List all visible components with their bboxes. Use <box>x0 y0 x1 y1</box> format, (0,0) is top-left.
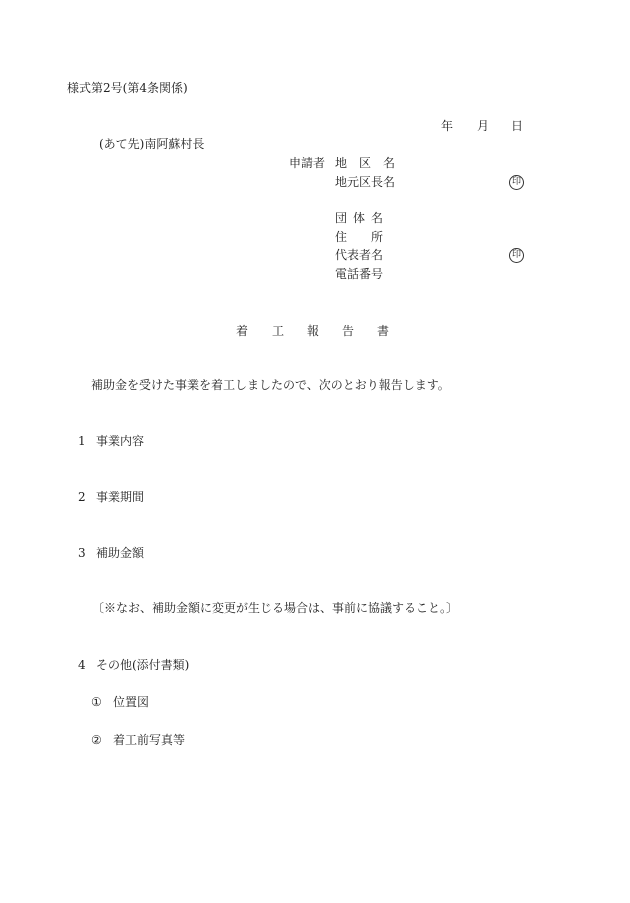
item-number: 1 <box>78 434 86 448</box>
date-year: 年 <box>441 119 453 133</box>
seal-stamp-icon: 印 <box>509 175 524 190</box>
addressee: (あて先)南阿蘇村長 <box>99 137 204 151</box>
phone-number-label: 電話番号 <box>335 267 383 281</box>
form-label: 様式第2号(第4条関係) <box>67 81 188 95</box>
body-text: 補助金を受けた事業を着工しましたので、次のとおり報告します。 <box>91 378 450 392</box>
item-label: 事業期間 <box>96 490 144 504</box>
item-label: 補助金額 <box>96 546 144 560</box>
item-number: 2 <box>78 490 86 504</box>
item-label: 事業内容 <box>96 434 144 448</box>
date-month: 月 <box>477 119 489 133</box>
note-text: 〔※なお、補助金額に変更が生じる場合は、事前に協議すること。〕 <box>92 601 458 615</box>
item-number: 3 <box>78 546 86 560</box>
attachment-number: ① <box>91 695 102 709</box>
date-day: 日 <box>511 119 523 133</box>
item-number: 4 <box>78 658 86 672</box>
attachment-label: 位置図 <box>113 695 149 709</box>
item-label: その他(添付書類) <box>96 658 189 672</box>
applicant-label: 申請者 <box>289 156 325 170</box>
seal-stamp-icon: 印 <box>509 248 524 263</box>
attachment-label: 着工前写真等 <box>113 733 185 747</box>
district-head-name-label: 地元区長名 <box>335 175 395 189</box>
attachment-number: ② <box>91 733 102 747</box>
representative-name-label: 代表者名 <box>335 248 383 262</box>
